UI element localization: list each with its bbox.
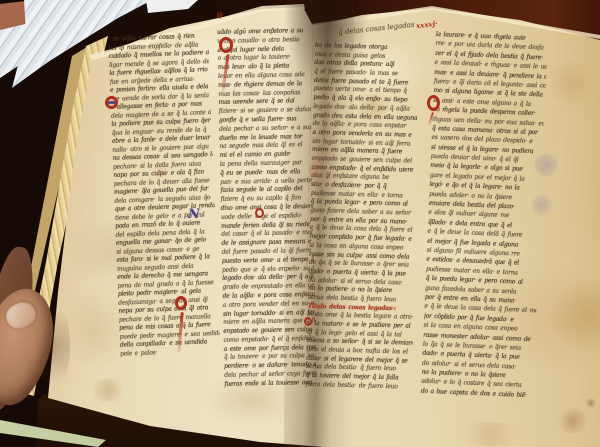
stain — [455, 422, 525, 446]
right-page-column-2: la laurare· e q̃ uuo m̃gela auierre· e p… — [420, 30, 547, 406]
stain — [548, 280, 600, 350]
stain — [585, 398, 597, 408]
photo-medieval-manuscript: · de aq̃lla narrar cosas q̃ rienlas q̃l … — [0, 0, 600, 447]
right-page-column-1: ho de los legados otorgamas e desta guis… — [305, 42, 421, 397]
stain — [556, 408, 590, 434]
stain — [545, 60, 597, 106]
stain — [88, 378, 128, 402]
left-page-column-1: · de aq̃lla narrar cosas q̃ rienlas q̃l … — [108, 32, 221, 366]
thumb — [0, 282, 63, 412]
left-page-column-2: uãdo algū ome enp̃store a suvezino caua… — [217, 27, 317, 393]
